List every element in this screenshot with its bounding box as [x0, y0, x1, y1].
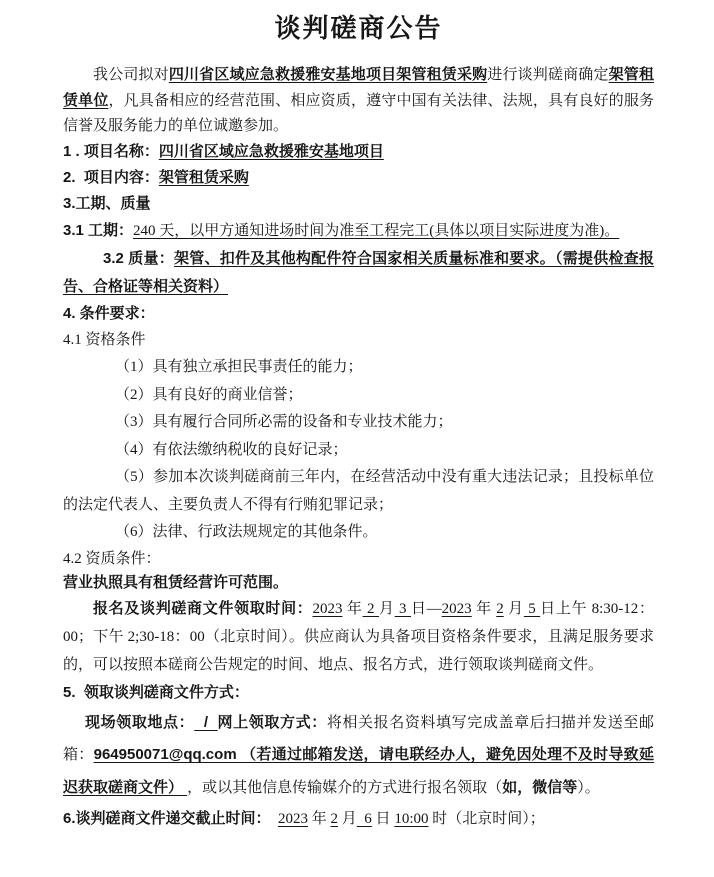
heading-4-requirements: 4. 条件要求：	[63, 301, 654, 327]
document-page: 谈判磋商公告 我公司拟对四川省区域应急救援雅安基地项目架管租赁采购进行谈判磋商确…	[63, 12, 654, 834]
heading-5-document-pickup: 5. 领取谈判磋商文件方式：	[63, 679, 654, 707]
text-run: 2	[331, 811, 339, 827]
text-run: 我公司拟对	[93, 67, 169, 83]
condition-6: （6）法律、行政法规规定的其他条件。	[63, 519, 654, 547]
text-run: 2023	[312, 601, 342, 617]
item-2-project-content: 2. 项目内容：架管租赁采购	[63, 165, 654, 191]
text-run: 1 . 项目名称：	[63, 143, 159, 160]
text-run: 10:00	[394, 811, 428, 827]
condition-3: （3）具有履行合同所必需的设备和专业技术能力；	[63, 409, 654, 437]
text-run: 2023	[442, 601, 472, 617]
sub-4-1-qualification: 4.1 资格条件	[63, 327, 654, 354]
text-run: 日	[372, 811, 395, 827]
text-run: 月	[338, 811, 357, 827]
text-run: 时（北京时间）；	[428, 811, 544, 827]
text-run: /	[194, 714, 217, 731]
text-run: （1）具有独立承担民事责任的能力；	[115, 359, 363, 375]
item-6-submission-deadline: 6.谈判磋商文件递交截止时间： 2023 年 2 月 6 日 10:00 时（北…	[63, 804, 654, 834]
text-run: 四川省区域应急救援雅安基地项目	[159, 143, 384, 160]
text-run: （3）具有履行合同所必需的设备和专业技术能力；	[115, 414, 453, 430]
text-run: 进行谈判磋商确定	[487, 67, 608, 83]
text-run: 4.2 资质条件：	[63, 551, 161, 567]
text-run: 年	[472, 601, 497, 617]
text-run: 4. 条件要求：	[63, 305, 155, 322]
text-run: 月	[504, 601, 524, 617]
text-run: ）。	[577, 780, 600, 796]
condition-5: （5）参加本次谈判磋商前三年内，在经营活动中没有重大违法记录；且投标单位的法定代…	[63, 464, 654, 519]
text-run: 3	[395, 601, 411, 617]
item-1-project-name: 1 . 项目名称：四川省区域应急救援雅安基地项目	[63, 139, 654, 165]
text-run: 3.2 质量：	[103, 250, 174, 267]
text-run: ，或以其他信息传输媒介的方式进行报名领取（	[187, 780, 502, 796]
text-run: 营业执照具有租赁经营许可范围。	[63, 574, 288, 591]
text-run: 4.1 资格条件	[63, 332, 146, 348]
text-run: 架管租赁采购	[159, 169, 249, 186]
text-run: 现场领取地点：	[85, 714, 194, 731]
text-run: 2	[496, 601, 504, 617]
text-run: 240 天，以甲方通知进场时间为准至工程完工(具体以项目实际进度为准)。	[133, 223, 619, 239]
text-run: 报名及谈判磋商文件领取时间：	[93, 600, 312, 617]
text-run: 四川省区域应急救援雅安基地项目架管租赁采购	[169, 66, 487, 83]
registration-time-paragraph: 报名及谈判磋商文件领取时间：2023 年 2 月 3 日—2023 年 2 月 …	[63, 595, 654, 679]
heading-3-duration-quality: 3.工期、质量	[63, 191, 654, 217]
text-run: 年	[342, 601, 362, 617]
condition-2: （2）具有良好的商业信誉；	[63, 382, 654, 410]
text-run: （6）法律、行政法规规定的其他条件。	[115, 524, 378, 540]
text-run: 6	[357, 811, 372, 827]
condition-1: （1）具有独立承担民事责任的能力；	[63, 354, 654, 382]
text-run: 5. 领取谈判磋商文件方式：	[63, 684, 249, 701]
text-run: 2023	[278, 811, 308, 827]
document-body: 我公司拟对四川省区域应急救援雅安基地项目架管租赁采购进行谈判磋商确定架管租赁单位…	[63, 62, 654, 834]
text-run: 6.谈判磋商文件递交截止时间：	[63, 810, 271, 827]
text-run: （2）具有良好的商业信誉；	[115, 387, 303, 403]
sub-3-2-quality: 3.2 质量：架管、扣件及其他构配件符合国家相关质量标准和要求。（需提供检查报告…	[63, 245, 654, 301]
text-run: （4）有依法缴纳税收的良好记录；	[115, 442, 348, 458]
text-run: ，凡具备相应的经营范围、相应资质，遵守中国有关法律、法规，具有良好的服务信誉及服…	[63, 93, 654, 134]
sub-4-2-credentials: 4.2 资质条件：	[63, 547, 654, 571]
text-run	[271, 811, 279, 827]
intro-paragraph: 我公司拟对四川省区域应急救援雅安基地项目架管租赁采购进行谈判磋商确定架管租赁单位…	[63, 62, 654, 139]
text-run: 如，微信等	[502, 779, 577, 796]
text-run: 2	[363, 601, 379, 617]
condition-4: （4）有依法缴纳税收的良好记录；	[63, 437, 654, 465]
document-title: 谈判磋商公告	[63, 12, 654, 46]
text-run: 月	[379, 601, 395, 617]
text-run: 2. 项目内容：	[63, 169, 159, 186]
text-run: 年	[308, 811, 331, 827]
text-run: 网上领取方式：	[218, 714, 327, 731]
sub-3-1-duration: 3.1 工期：240 天，以甲方通知进场时间为准至工程完工(具体以项目实际进度为…	[63, 217, 654, 245]
text-run: （5）参加本次谈判磋商前三年内，在经营活动中没有重大违法记录；且投标单位的法定代…	[63, 469, 654, 513]
pickup-method-paragraph: 现场领取地点： / 网上领取方式：将相关报名资料填写完成盖章后扫描并发送至邮箱：…	[63, 707, 654, 805]
business-license-line: 营业执照具有租赁经营许可范围。	[63, 571, 654, 595]
text-run: 日—	[411, 601, 442, 617]
text-run: 5	[524, 601, 540, 617]
text-run: 3.工期、质量	[63, 195, 151, 212]
text-run: 3.1 工期：	[63, 222, 133, 239]
